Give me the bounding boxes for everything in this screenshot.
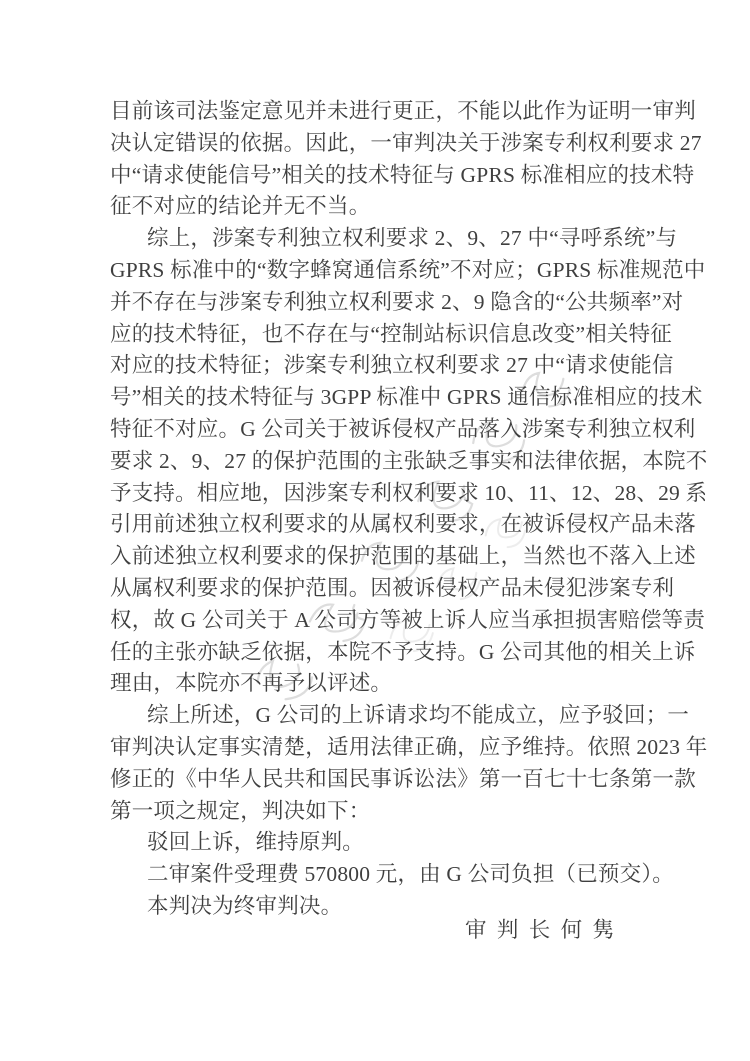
text-line: 修正的《中华人民共和国民事诉讼法》第一百七十七条第一款 [110, 764, 642, 796]
text-line: 决认定错误的依据。因此，一审判决关于涉案专利权利要求 27 [110, 128, 642, 160]
judgment-page: 目前该司法鉴定意见并未进行更正，不能以此作为证明一审判决认定错误的依据。因此，一… [0, 0, 750, 1061]
text-line: 对应的技术特征；涉案专利独立权利要求 27 中“请求使能信 [110, 350, 642, 382]
paragraph: 综上所述，G 公司的上诉请求均不能成立，应予驳回；一审判决认定事实清楚，适用法律… [110, 700, 642, 827]
text-line: 应的技术特征，也不存在与“控制站标识信息改变”相关特征 [110, 319, 642, 351]
text-line: 第一项之规定，判决如下： [110, 796, 642, 828]
text-line: 理由，本院亦不再予以评述。 [110, 668, 642, 700]
text-line: 权，故 G 公司关于 A 公司方等被上诉人应当承担损害赔偿等责 [110, 605, 642, 637]
text-line: 引用前述独立权利要求的从属权利要求，在被诉侵权产品未落 [110, 509, 642, 541]
text-line: 驳回上诉，维持原判。 [110, 827, 642, 859]
text-line: 任的主张亦缺乏依据，本院不予支持。G 公司其他的相关上诉 [110, 637, 642, 669]
paragraph: 目前该司法鉴定意见并未进行更正，不能以此作为证明一审判决认定错误的依据。因此，一… [110, 96, 642, 223]
text-line: 予支持。相应地，因涉案专利权利要求 10、11、12、28、29 系 [110, 478, 642, 510]
text-line: 综上所述，G 公司的上诉请求均不能成立，应予驳回；一 [110, 700, 642, 732]
text-line: 综上，涉案专利独立权利要求 2、9、27 中“寻呼系统”与 [110, 223, 642, 255]
text-line: 号”相关的技术特征与 3GPP 标准中 GPRS 通信标准相应的技术 [110, 382, 642, 414]
text-line: 征不对应的结论并无不当。 [110, 191, 642, 223]
text-line: 审判决认定事实清楚，适用法律正确，应予维持。依照 2023 年 [110, 732, 642, 764]
text-line: 并不存在与涉案专利独立权利要求 2、9 隐含的“公共频率”对 [110, 287, 642, 319]
paragraph: 综上，涉案专利独立权利要求 2、9、27 中“寻呼系统”与GPRS 标准中的“数… [110, 223, 642, 700]
text-line: 入前述独立权利要求的保护范围的基础上，当然也不落入上述 [110, 541, 642, 573]
text-line: 从属权利要求的保护范围。因被诉侵权产品未侵犯涉案专利 [110, 573, 642, 605]
text-line: 要求 2、9、27 的保护范围的主张缺乏事实和法律依据，本院不 [110, 446, 642, 478]
document-body: 目前该司法鉴定意见并未进行更正，不能以此作为证明一审判决认定错误的依据。因此，一… [110, 96, 642, 923]
presiding-judge-signature: 审 判 长 何 隽 [110, 915, 642, 947]
text-line: 二审案件受理费 570800 元，由 G 公司负担（已预交）。 [110, 859, 642, 891]
text-line: 中“请求使能信号”相关的技术特征与 GPRS 标准相应的技术特 [110, 160, 642, 192]
paragraph: 驳回上诉，维持原判。 [110, 827, 642, 859]
text-line: GPRS 标准中的“数字蜂窝通信系统”不对应；GPRS 标准规范中 [110, 255, 642, 287]
text-line: 目前该司法鉴定意见并未进行更正，不能以此作为证明一审判 [110, 96, 642, 128]
paragraph: 二审案件受理费 570800 元，由 G 公司负担（已预交）。 [110, 859, 642, 891]
text-line: 特征不对应。G 公司关于被诉侵权产品落入涉案专利独立权利 [110, 414, 642, 446]
